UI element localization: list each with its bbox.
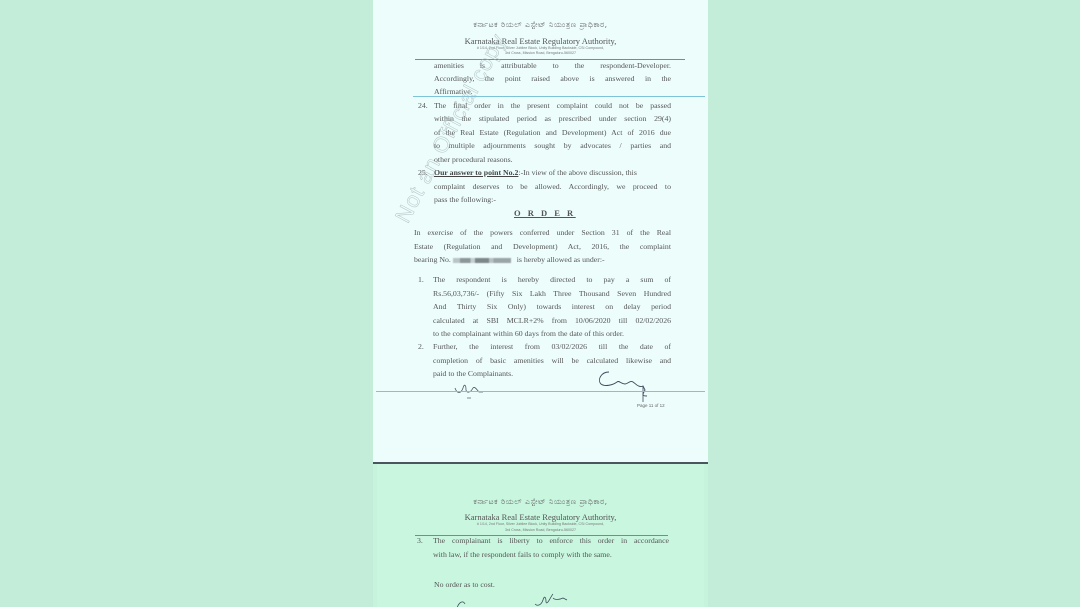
para-24-line-5: other procedural reasons. (434, 153, 671, 166)
header2-kannada-title: ಕರ್ನಾಟಕ ರಿಯಲ್ ಎಸ್ಟೇಟ್ ನಿಯಂತ್ರಣ ಪ್ರಾಧಿಕಾರ… (373, 497, 708, 507)
order-title: O R D E R (514, 208, 576, 218)
para-24-number: 24. (418, 99, 428, 112)
header2-address-line1: # 1/14, 2nd Floor, Silver Jubilee Block,… (373, 522, 708, 527)
para-25-line-2: complaint deserves to be allowed. Accord… (434, 180, 671, 193)
blue-rule-top (413, 96, 705, 97)
para-24-line-2: within the stipulated period as prescrib… (434, 112, 671, 125)
para-24-line-3: of the Real Estate (Regulation and Devel… (434, 126, 671, 139)
order-item-1-line-4: calculated at SBI MCLR+2% from 10/06/202… (433, 314, 671, 327)
order-intro-line-3: bearing No. is hereby allowed as under:- (414, 253, 671, 266)
order-intro-line-2: Estate (Regulation and Development) Act,… (414, 240, 671, 253)
order-item-1-line-2: Rs.56,03,736/- (Fifty Six Lakh Three Tho… (433, 287, 671, 300)
order-intro-line-1: In exercise of the powers conferred unde… (414, 226, 671, 239)
order-item-1-number: 1. (418, 273, 424, 286)
header-english-title: Karnataka Real Estate Regulatory Authori… (373, 36, 708, 46)
para-24-line-4: to multiple adjournments sought by advoc… (434, 139, 671, 152)
point-2-heading: Our answer to point No.2 (434, 168, 518, 177)
order-item-3-line-1: The complainant is liberty to enforce th… (433, 534, 669, 548)
order-intro-line-3-rest: is hereby allowed as under:- (517, 255, 605, 264)
order-item-2-number: 2. (418, 340, 424, 353)
order-item-2-line-1: Further, the interest from 03/02/2026 ti… (433, 340, 671, 353)
signature-left-2 (453, 598, 483, 607)
para-25-line-3: pass the following:- (434, 193, 671, 206)
signature-right (595, 368, 655, 402)
header-address-line2: 3rd Cross, Mission Road, Bengaluru-56002… (373, 51, 708, 56)
order-item-1-line-3: And Thirty Six Only) towards interest on… (433, 300, 671, 313)
para-24-line-1: The final order in the present complaint… (434, 99, 671, 112)
cost-note: No order as to cost. (434, 578, 634, 592)
order-item-2-line-2: completion of basic amenities will be ca… (433, 354, 671, 367)
para-25-number: 25. (418, 166, 428, 179)
order-item-3-line-2: with law, if the respondent fails to com… (433, 548, 669, 562)
order-item-3-number: 3. (417, 534, 423, 548)
blue-rule-bottom (376, 391, 705, 392)
order-item-1-line-5: to the complainant within 60 days from t… (433, 327, 671, 340)
para-25-line-1: Our answer to point No.2:-In view of the… (434, 166, 671, 179)
document-page-12: ಕರ್ನಾಟಕ ರಿಯಲ್ ಎಸ್ಟೇಟ್ ನಿಯಂತ್ರಣ ಪ್ರಾಧಿಕಾರ… (373, 464, 708, 607)
redacted-complaint-number (453, 258, 511, 263)
header-kannada-title: ಕರ್ನಾಟಕ ರಿಯಲ್ ಎಸ್ಟೇಟ್ ನಿಯಂತ್ರಣ ಪ್ರಾಧಿಕಾರ… (373, 20, 708, 30)
header2-english-title: Karnataka Real Estate Regulatory Authori… (373, 512, 708, 522)
header2-address-line2: 3rd Cross, Mission Road, Bengaluru-56002… (373, 528, 708, 533)
continued-line-1: amenities is attributable to the respond… (434, 59, 671, 72)
page-number: Page 11 of 12 (637, 403, 665, 408)
document-page-11: ಕರ್ನಾಟಕ ರಿಯಲ್ ಎಸ್ಟೇಟ್ ನಿಯಂತ್ರಣ ಪ್ರಾಧಿಕಾರ… (373, 0, 708, 462)
signature-right-2 (533, 592, 583, 607)
continued-line-2: Accordingly, the point raised above is a… (434, 72, 671, 85)
para-25-line-1-rest: :-In view of the above discussion, this (518, 168, 636, 177)
signature-left (453, 380, 493, 400)
complaint-no-label: bearing No. (414, 255, 451, 264)
order-item-1-line-1: The respondent is hereby directed to pay… (433, 273, 671, 286)
